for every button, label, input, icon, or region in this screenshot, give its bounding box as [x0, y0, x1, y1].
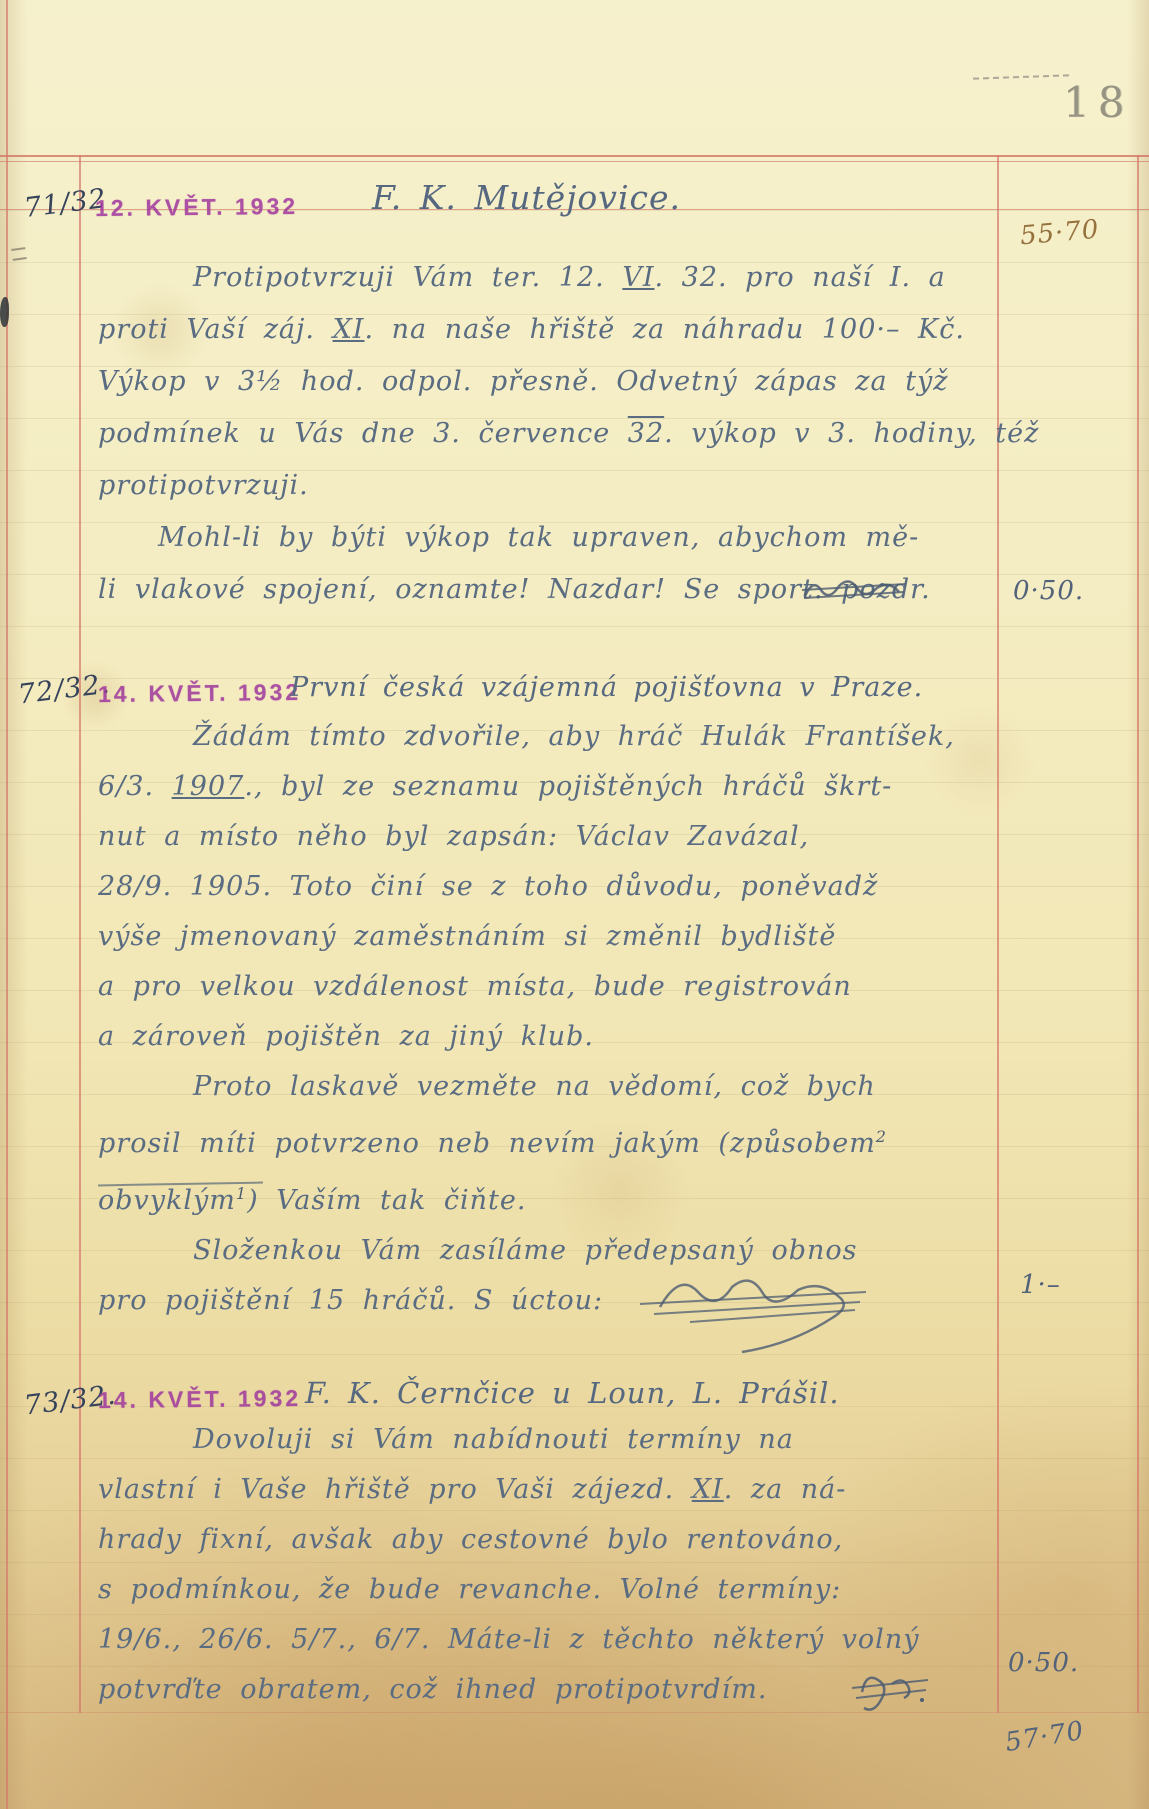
left-edge-rule	[6, 0, 8, 1809]
top-rule-double-1	[0, 155, 1149, 157]
handwritten-line: protipotvrzuji.	[98, 460, 1008, 512]
handwritten-line: Dovoluji si Vám nabídnouti termíny na	[98, 1415, 1008, 1465]
handwritten-line: výše jmenovaný zaměstnáním si změnil byd…	[98, 912, 1008, 962]
handwritten-line: s podmínkou, že bude revanche. Volné ter…	[98, 1565, 1008, 1615]
entry-fee: 0·50.	[1013, 576, 1084, 606]
addressee: F. K. Černčice u Loun, L. Prášil.	[305, 1376, 840, 1410]
page-number-stamp: 18	[1063, 78, 1132, 127]
handwritten-line: Žádám tímto zdvořile, aby hráč Hulák Fra…	[98, 712, 1008, 762]
handwritten-line: 6/3. 1907., byl ze seznamu pojištěných h…	[98, 762, 1008, 812]
handwritten-line: prosil míti potvrzeno neb nevím jakým (z…	[98, 1112, 1008, 1169]
pencil-dash-line	[973, 74, 1069, 79]
right-edge-rule	[1137, 155, 1139, 1713]
top-rule-double-2	[0, 161, 1149, 162]
addressee: F. K. Mutějovice.	[372, 178, 681, 217]
entry-fee: 1·–	[1020, 1270, 1061, 1300]
margin-total: 57·70	[1003, 1716, 1086, 1758]
entry-fee: 0·50.	[1008, 1648, 1079, 1678]
margin-check-mark	[11, 247, 27, 261]
handwritten-line: a pro velkou vzdálenost místa, bude regi…	[98, 962, 1008, 1012]
crossed-out-signature	[848, 1662, 933, 1712]
date-stamp: 14. KVĚT. 1932	[98, 1385, 301, 1414]
handwritten-line: Výkop v 3½ hod. odpol. přesně. Odvetný z…	[98, 356, 1008, 408]
handwritten-line: Protipotvrzuji Vám ter. 12. VI. 32. pro …	[98, 252, 1008, 304]
date-stamp: 14. KVĚT. 1932	[98, 679, 301, 708]
addressee: První česká vzájemná pojišťovna v Praze.	[290, 672, 923, 703]
entry-body: Protipotvrzuji Vám ter. 12. VI. 32. pro …	[98, 252, 1008, 616]
ink-blot	[0, 297, 9, 327]
handwritten-line: 28/9. 1905. Toto činí se z toho důvodu, …	[98, 862, 1008, 912]
date-stamp: 12. KVĚT. 1932	[95, 193, 298, 222]
handwritten-line: 19/6., 26/6. 5/7., 6/7. Máte-li z těchto…	[98, 1615, 1008, 1665]
handwritten-line: Proto laskavě vezměte na vědomí, což byc…	[98, 1062, 1008, 1112]
handwritten-line: obvyklým1) Vaším tak čiňte.	[98, 1169, 1008, 1226]
handwritten-line: podmínek u Vás dne 3. července 32. výkop…	[98, 408, 1008, 460]
left-margin-rule	[79, 155, 81, 1713]
handwritten-line: nut a místo něho byl zapsán: Václav Zavá…	[98, 812, 1008, 862]
handwritten-line: Mohl-li by býti výkop tak upraven, abych…	[98, 512, 1008, 564]
ledger-page: { "page": { "number": "18", "margin_tota…	[0, 0, 1149, 1809]
handwritten-line: hrady fixní, avšak aby cestovné bylo ren…	[98, 1515, 1008, 1565]
crossed-out-signature	[630, 1262, 890, 1352]
entry-body: Žádám tímto zdvořile, aby hráč Hulák Fra…	[98, 712, 1008, 1326]
handwritten-line: a zároveň pojištěn za jiný klub.	[98, 1012, 1008, 1062]
margin-amount: 55·70	[1019, 215, 1101, 252]
handwritten-line: proti Vaší záj. XI. na naše hřiště za ná…	[98, 304, 1008, 356]
handwritten-line: vlastní i Vaše hřiště pro Vaši zájezd. X…	[98, 1465, 1008, 1515]
crossed-out-signature	[800, 568, 910, 608]
